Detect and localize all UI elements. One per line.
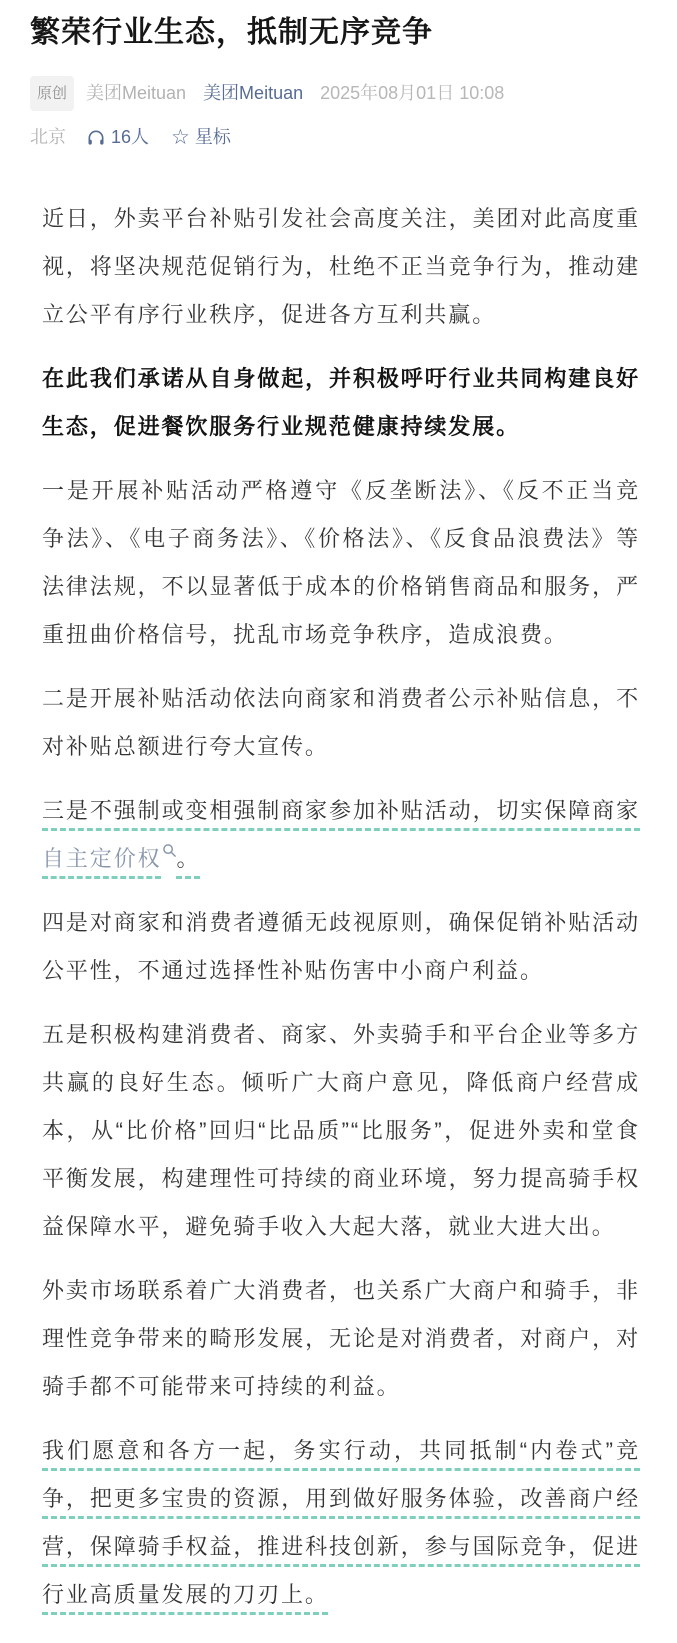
paragraph-point-5: 五是积极构建消费者、商家、外卖骑手和平台企业等多方共赢的良好生态。倾听广大商户意… xyxy=(42,1011,640,1251)
star-button[interactable]: ☆ 星标 xyxy=(171,122,231,153)
publish-date: 2025年08月01日 10:08 xyxy=(320,78,504,109)
author-name[interactable]: 美团Meituan xyxy=(86,78,186,109)
article-meta-row-2: 北京 16人 ☆ 星标 xyxy=(30,122,647,153)
article-body: 近日，外卖平台补贴引发社会高度关注，美团对此高度重视，将坚决规范促销行为，杜绝不… xyxy=(30,195,647,1619)
location-label: 北京 xyxy=(30,122,66,153)
article-page: 繁荣行业生态，抵制无序竞争 原创 美团Meituan 美团Meituan 202… xyxy=(0,0,677,1643)
point-3-period: 。 xyxy=(177,846,201,871)
search-icon[interactable] xyxy=(162,843,177,858)
paragraph-point-2: 二是开展补贴活动依法向商家和消费者公示补贴信息，不对补贴总额进行夸大宣传。 xyxy=(42,675,640,771)
point-3-text: 三是不强制或变相强制商家参加补贴活动，切实保障商家 xyxy=(42,798,640,823)
original-badge[interactable]: 原创 xyxy=(30,76,74,111)
star-icon: ☆ xyxy=(171,127,190,148)
paragraph-point-3: 三是不强制或变相强制商家参加补贴活动，切实保障商家自主定价权。 xyxy=(42,787,640,883)
paragraph-point-4: 四是对商家和消费者遵循无歧视原则，确保促销补贴活动公平性，不通过选择性补贴伤害中… xyxy=(42,899,640,995)
page-title: 繁荣行业生态，抵制无序竞争 xyxy=(30,12,647,54)
account-name-link[interactable]: 美团Meituan xyxy=(203,78,303,109)
headphones-icon xyxy=(86,128,111,148)
paragraph-market: 外卖市场联系着广大消费者，也关系广大商户和骑手，非理性竞争带来的畸形发展，无论是… xyxy=(42,1267,640,1411)
paragraph-closing: 我们愿意和各方一起，务实行动，共同抵制“内卷式”竞争，把更多宝贵的资源，用到做好… xyxy=(42,1427,640,1619)
listen-button[interactable]: 16人 xyxy=(86,122,149,153)
keyword-link[interactable]: 自主定价权 xyxy=(42,846,162,871)
article-meta-row-1: 原创 美团Meituan 美团Meituan 2025年08月01日 10:08 xyxy=(30,76,647,111)
paragraph-intro: 近日，外卖平台补贴引发社会高度关注，美团对此高度重视，将坚决规范促销行为，杜绝不… xyxy=(42,195,640,339)
paragraph-commitment: 在此我们承诺从自身做起，并积极呼吁行业共同构建良好生态，促进餐饮服务行业规范健康… xyxy=(42,355,640,451)
star-label: 星标 xyxy=(195,122,231,153)
listen-count: 16人 xyxy=(111,122,149,153)
paragraph-point-1: 一是开展补贴活动严格遵守《反垄断法》、《反不正当竞争法》、《电子商务法》、《价格… xyxy=(42,467,640,659)
